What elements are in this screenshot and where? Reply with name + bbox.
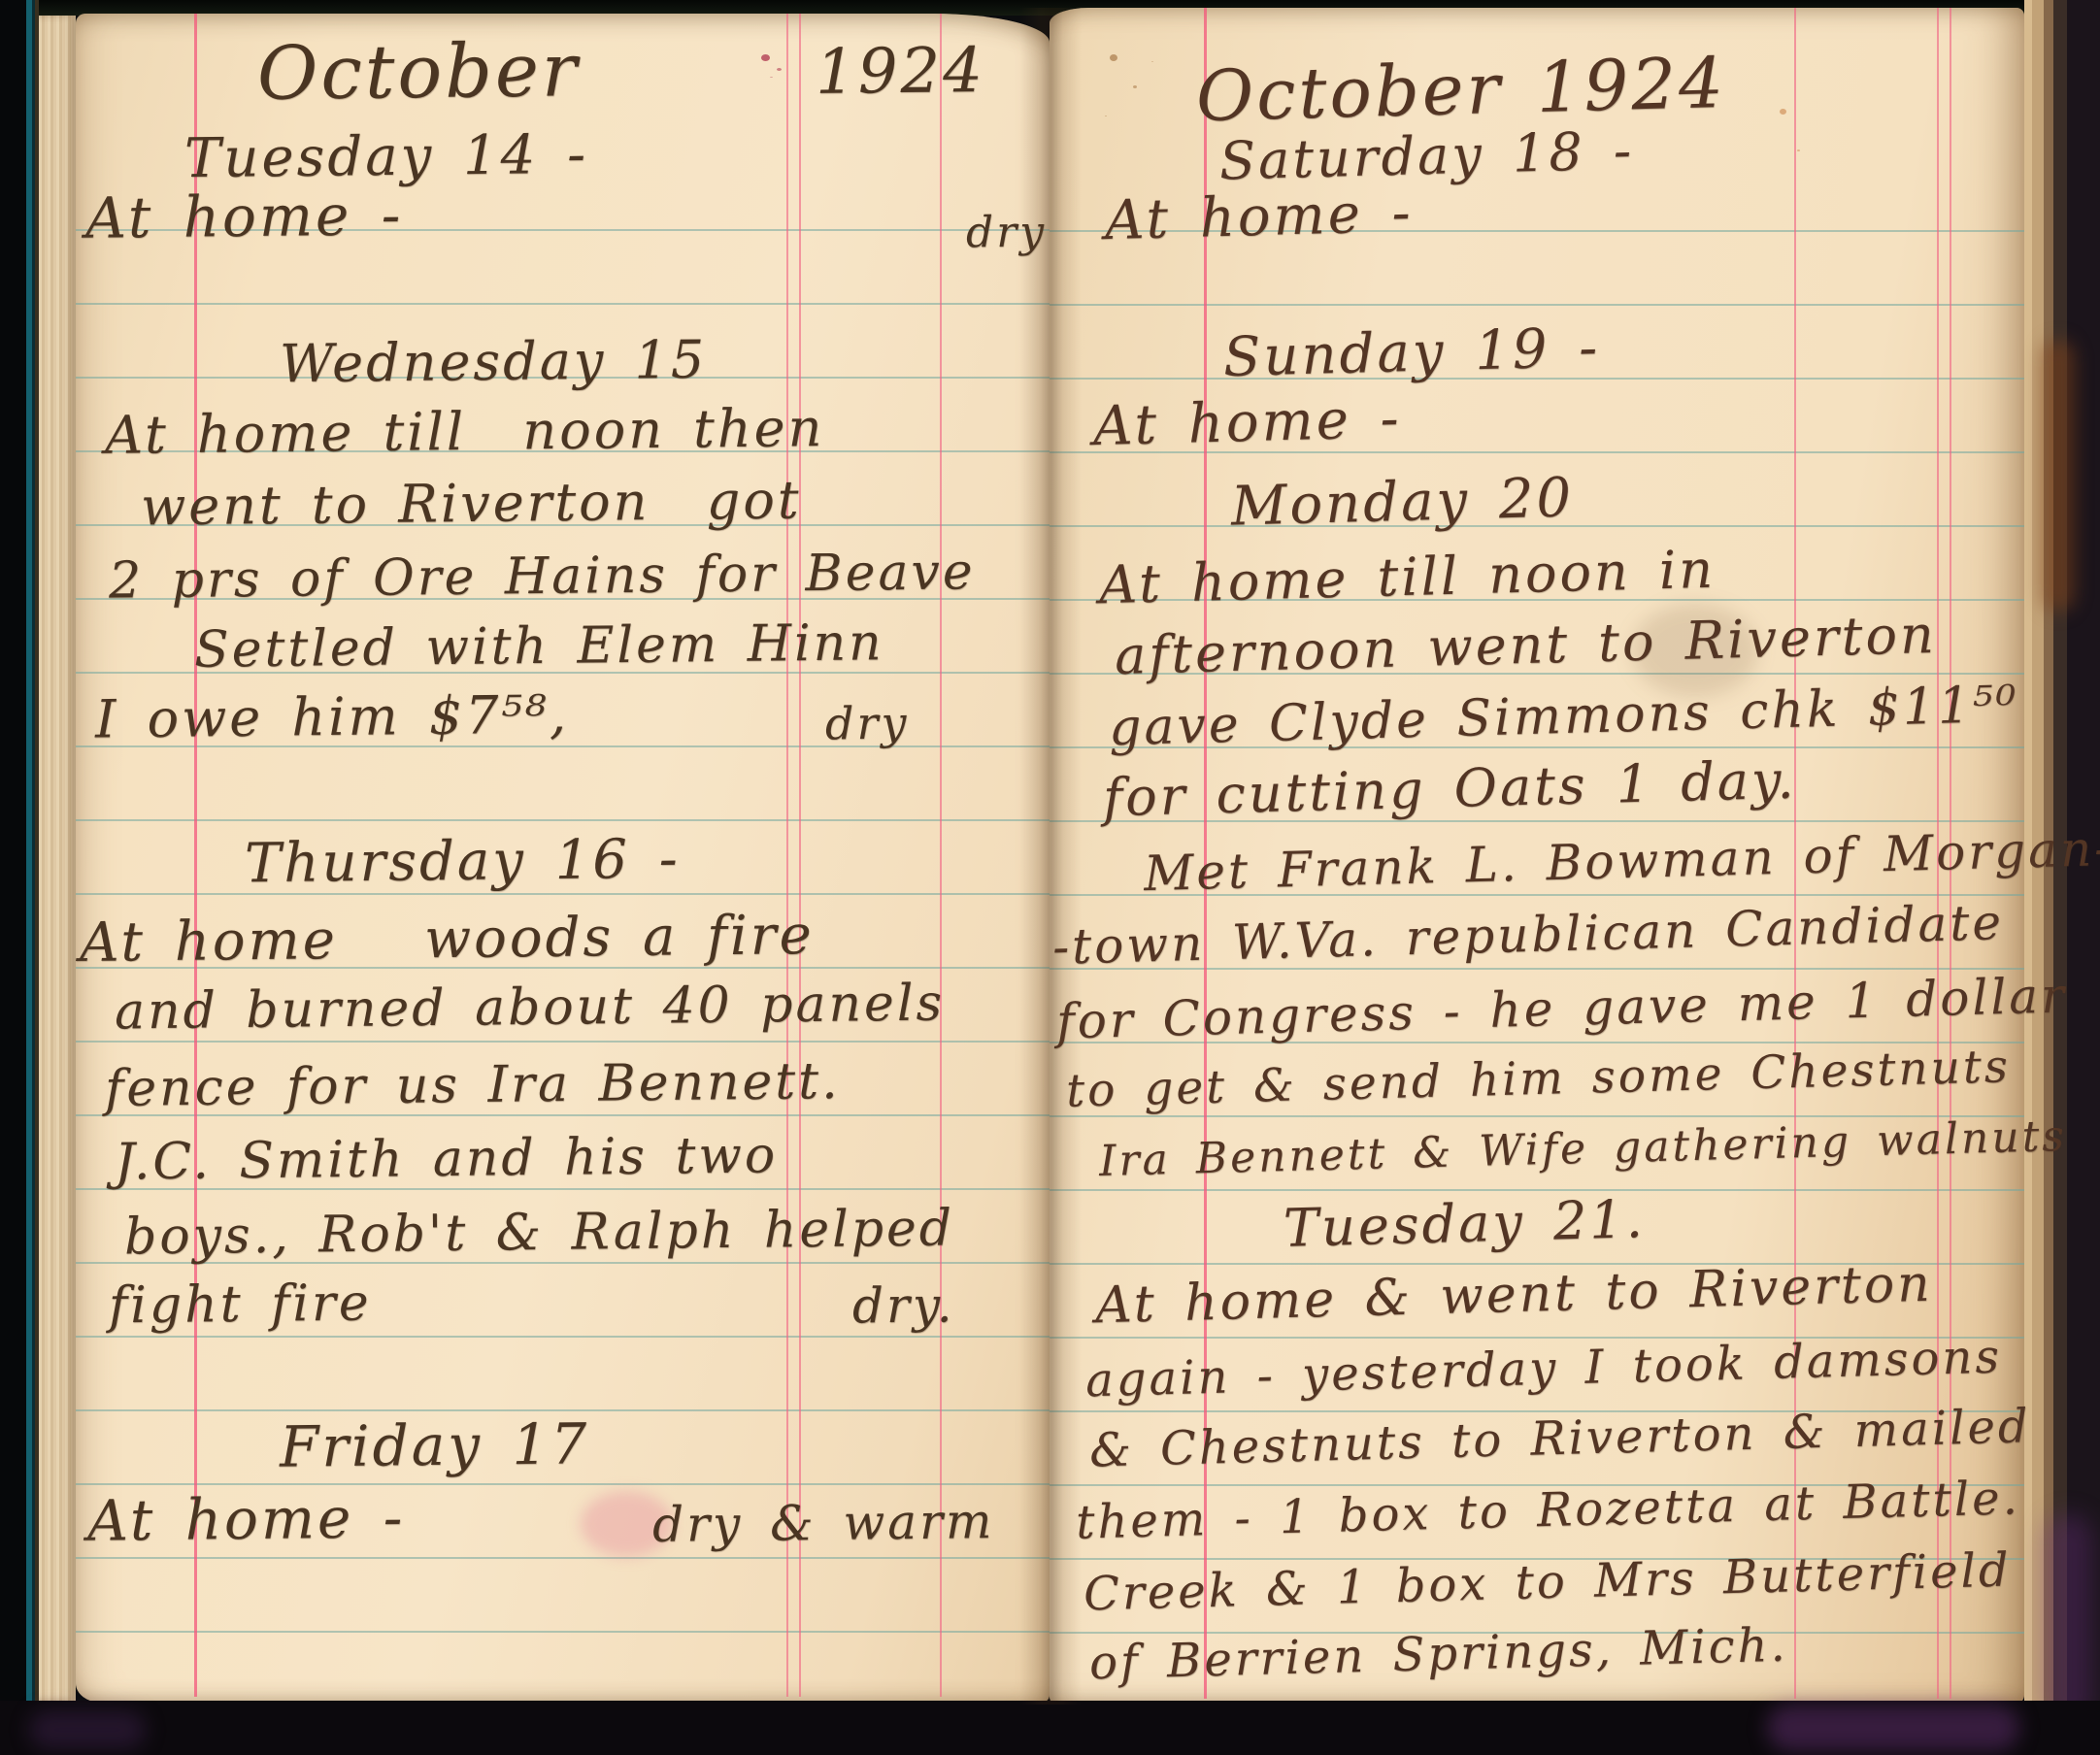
cover-sheen xyxy=(2044,1514,2092,1728)
diary-page-right: October 1924Saturday 18 -At home -Sunday… xyxy=(1050,8,2024,1705)
handwriting-line: At home - xyxy=(85,186,404,246)
ledger-line xyxy=(799,14,801,1697)
handwriting-line: dry xyxy=(966,212,1048,255)
book-cover-left-edge xyxy=(0,0,39,1755)
handwriting-line: Wednesday 15 xyxy=(280,334,708,391)
handwriting-line: and burned about 40 panels xyxy=(115,978,946,1038)
handwriting-line: October xyxy=(257,33,581,110)
handwriting-line: fight fire xyxy=(109,1278,372,1332)
handwriting-line: At home till noon then xyxy=(105,402,825,462)
handwriting-line: I owe him $7⁵⁸, xyxy=(95,688,569,745)
page-stack-left xyxy=(39,16,76,1701)
handwriting-line: J.C. Smith and his two xyxy=(115,1130,779,1187)
diary-scan: Handwritten diary spread — October 1924 … xyxy=(0,0,2100,1755)
handwriting-line: dry xyxy=(825,701,910,746)
handwriting-line: At home woods a fire xyxy=(80,909,815,971)
book-cover-bottom-edge xyxy=(0,1701,2100,1755)
handwriting-line: October 1924 xyxy=(1195,48,1727,131)
handwriting-line: dry & warm xyxy=(652,1497,995,1549)
cover-sheen xyxy=(29,1710,146,1749)
ink-stain xyxy=(761,54,770,61)
handwriting-line: Settled with Elem Hinn xyxy=(194,617,884,675)
ledger-line xyxy=(786,14,788,1697)
handwriting-line: At home - xyxy=(1092,392,1402,454)
foxing-spots xyxy=(1780,109,1786,115)
handwriting-line: fence for us Ira Bennett. xyxy=(105,1056,841,1114)
diary-page-left: October1924Tuesday 14 -At home -dryWedne… xyxy=(76,14,1050,1703)
handwriting-line: went to Riverton got xyxy=(141,474,802,533)
handwriting-line: Sunday 19 - xyxy=(1222,321,1600,385)
handwriting-line: dry. xyxy=(852,1280,955,1330)
handwriting-line: At home - xyxy=(87,1489,406,1548)
handwriting-line: 1924 xyxy=(816,40,986,104)
foxing-spots xyxy=(1110,54,1117,61)
handwriting-line: Saturday 18 - xyxy=(1218,124,1634,187)
handwriting-line: At home till noon in xyxy=(1098,544,1716,613)
handwriting-line: Tuesday 21. xyxy=(1283,1193,1646,1255)
handwriting-line: At home - xyxy=(1104,186,1414,248)
margin-line xyxy=(194,14,197,1697)
ledger-line xyxy=(940,14,942,1697)
handwriting-line: Tuesday 14 - xyxy=(184,128,589,186)
brown-stain xyxy=(2042,340,2075,612)
cover-sheen xyxy=(1767,1705,2019,1751)
handwriting-line: Thursday 16 - xyxy=(245,833,681,892)
handwriting-line: Monday 20 xyxy=(1230,471,1574,534)
handwriting-line: 2 prs of Ore Hains for Beave xyxy=(109,546,976,606)
handwriting-line: Friday 17 xyxy=(280,1415,590,1474)
handwriting-line: boys., Rob't & Ralph helped xyxy=(124,1204,955,1263)
